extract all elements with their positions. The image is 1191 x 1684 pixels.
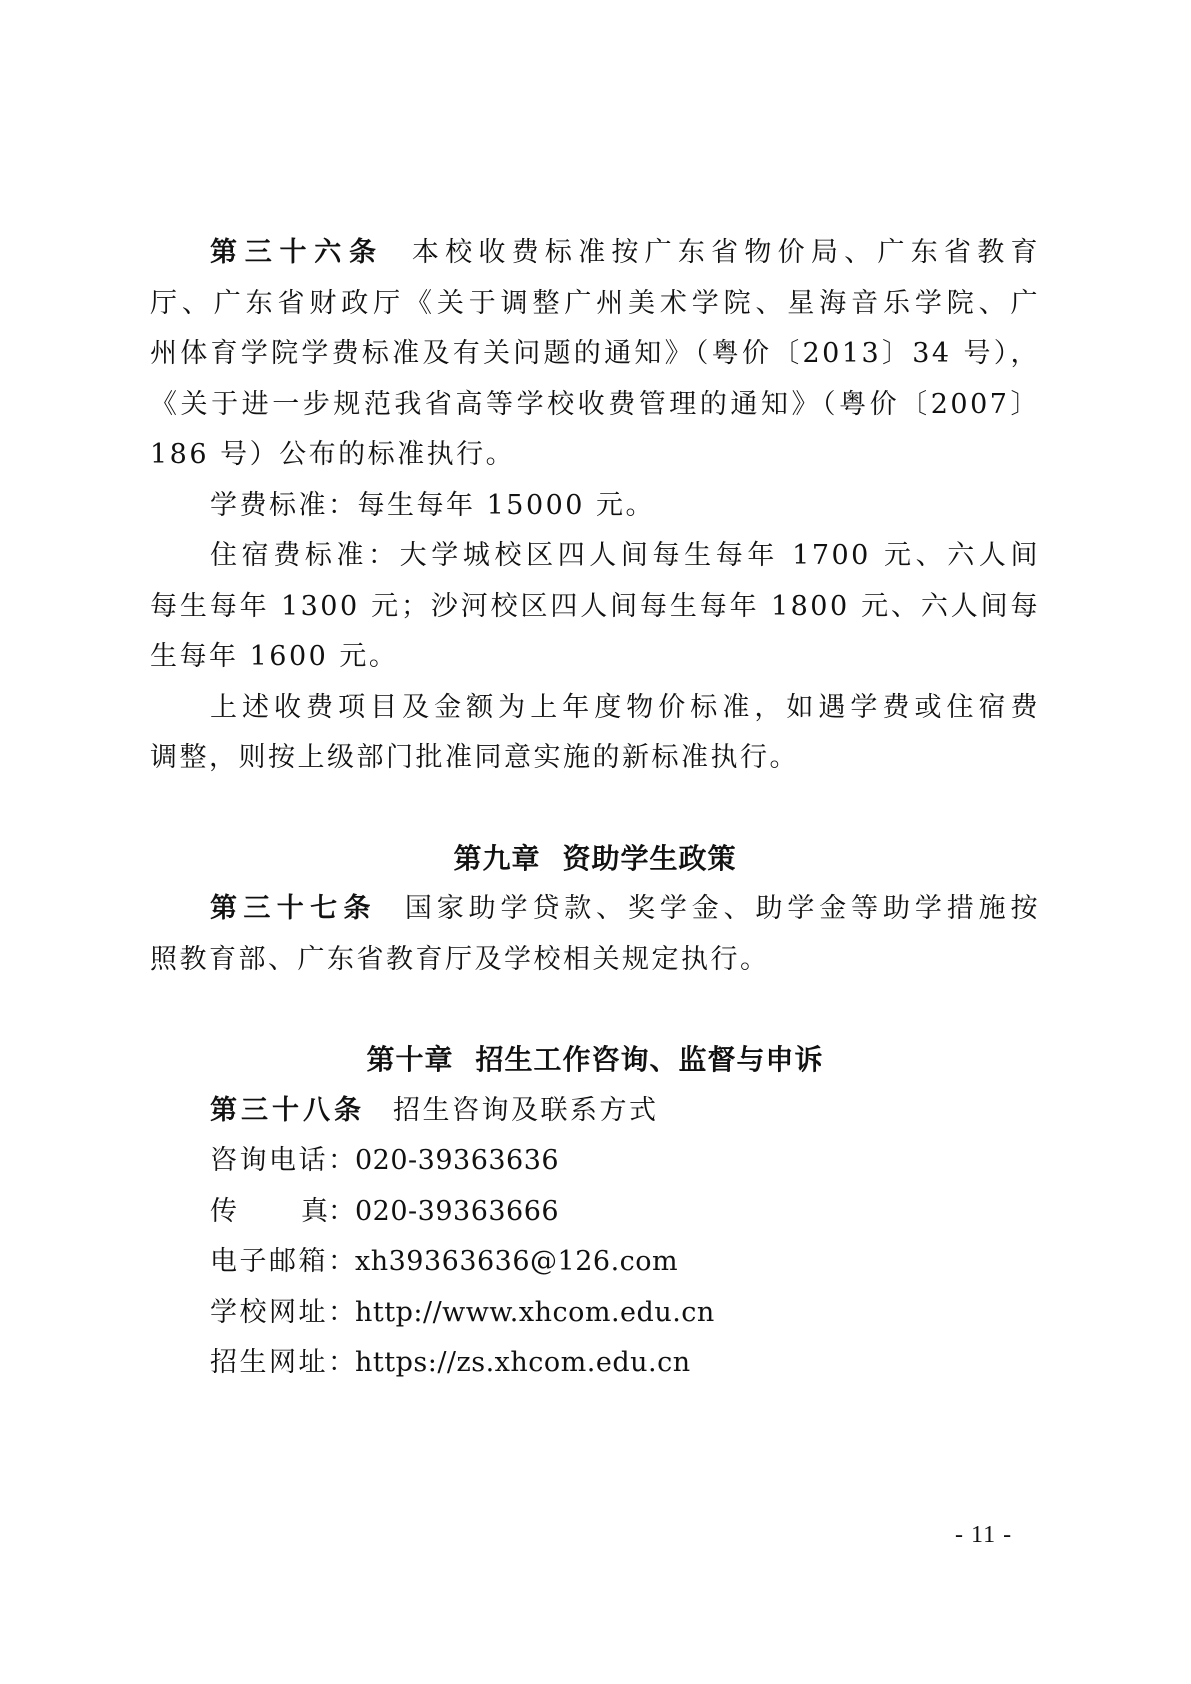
spacer — [150, 985, 1040, 1035]
article-36-label: 第三十六条 — [210, 237, 384, 268]
article-36-line-3: 州体育学院学费标准及有关问题的通知》（粤价〔2013〕34 号）， — [150, 329, 1040, 380]
chapter-10-number: 第十章 — [366, 1043, 453, 1076]
document-page: 第三十六条本校收费标准按广东省物价局、广东省教育 厅、广东省财政厅《关于调整广州… — [0, 0, 1191, 1684]
chapter-9-number: 第九章 — [453, 842, 540, 875]
admissions-website-link[interactable]: https://zs.xhcom.edu.cn — [355, 1347, 691, 1378]
chapter-9-heading: 第九章资助学生政策 — [150, 834, 1040, 885]
fee-note-line-1: 上述收费项目及金额为上年度物价标准，如遇学费或住宿费 — [150, 683, 1040, 734]
contact-email: 电子邮箱：xh39363636@126.com — [150, 1237, 1040, 1288]
school-website-link[interactable]: http://www.xhcom.edu.cn — [355, 1297, 715, 1328]
contact-phone: 咨询电话：020-39363636 — [150, 1136, 1040, 1187]
tuition-standard: 学费标准：每生每年 15000 元。 — [150, 481, 1040, 532]
page-number: - 11 - — [955, 1522, 1012, 1549]
accommodation-line-1: 住宿费标准：大学城校区四人间每生每年 1700 元、六人间 — [150, 531, 1040, 582]
article-37-line-2: 照教育部、广东省教育厅及学校相关规定执行。 — [150, 935, 1040, 986]
fax-value: 020-39363666 — [355, 1196, 559, 1227]
article-38-label: 第三十八条 — [210, 1095, 365, 1126]
fee-note-line-2: 调整，则按上级部门批准同意实施的新标准执行。 — [150, 733, 1040, 784]
article-37-line-1: 第三十七条国家助学贷款、奖学金、助学金等助学措施按 — [150, 884, 1040, 935]
article-38-line: 第三十八条招生咨询及联系方式 — [150, 1086, 1040, 1137]
email-link[interactable]: xh39363636@126.com — [355, 1246, 678, 1277]
article-36-line-5: 186 号）公布的标准执行。 — [150, 430, 1040, 481]
accommodation-line-3: 生每年 1600 元。 — [150, 632, 1040, 683]
chapter-10-title: 招生工作咨询、监督与申诉 — [476, 1043, 824, 1076]
document-body: 第三十六条本校收费标准按广东省物价局、广东省教育 厅、广东省财政厅《关于调整广州… — [150, 228, 1040, 1389]
chapter-9-title: 资助学生政策 — [563, 842, 737, 875]
contact-admissions-website: 招生网址：https://zs.xhcom.edu.cn — [150, 1338, 1040, 1389]
article-36-line-2: 厅、广东省财政厅《关于调整广州美术学院、星海音乐学院、广 — [150, 279, 1040, 330]
accommodation-line-2: 每生每年 1300 元；沙河校区四人间每生每年 1800 元、六人间每 — [150, 582, 1040, 633]
article-36-line-1: 第三十六条本校收费标准按广东省物价局、广东省教育 — [150, 228, 1040, 279]
phone-value: 020-39363636 — [355, 1145, 559, 1176]
chapter-10-heading: 第十章招生工作咨询、监督与申诉 — [150, 1035, 1040, 1086]
contact-fax: 传真：020-39363666 — [150, 1187, 1040, 1238]
article-36-line-4: 《关于进一步规范我省高等学校收费管理的通知》（粤价〔2007〕 — [150, 380, 1040, 431]
contact-school-website: 学校网址：http://www.xhcom.edu.cn — [150, 1288, 1040, 1339]
article-37-label: 第三十七条 — [210, 893, 377, 924]
spacer — [150, 784, 1040, 834]
